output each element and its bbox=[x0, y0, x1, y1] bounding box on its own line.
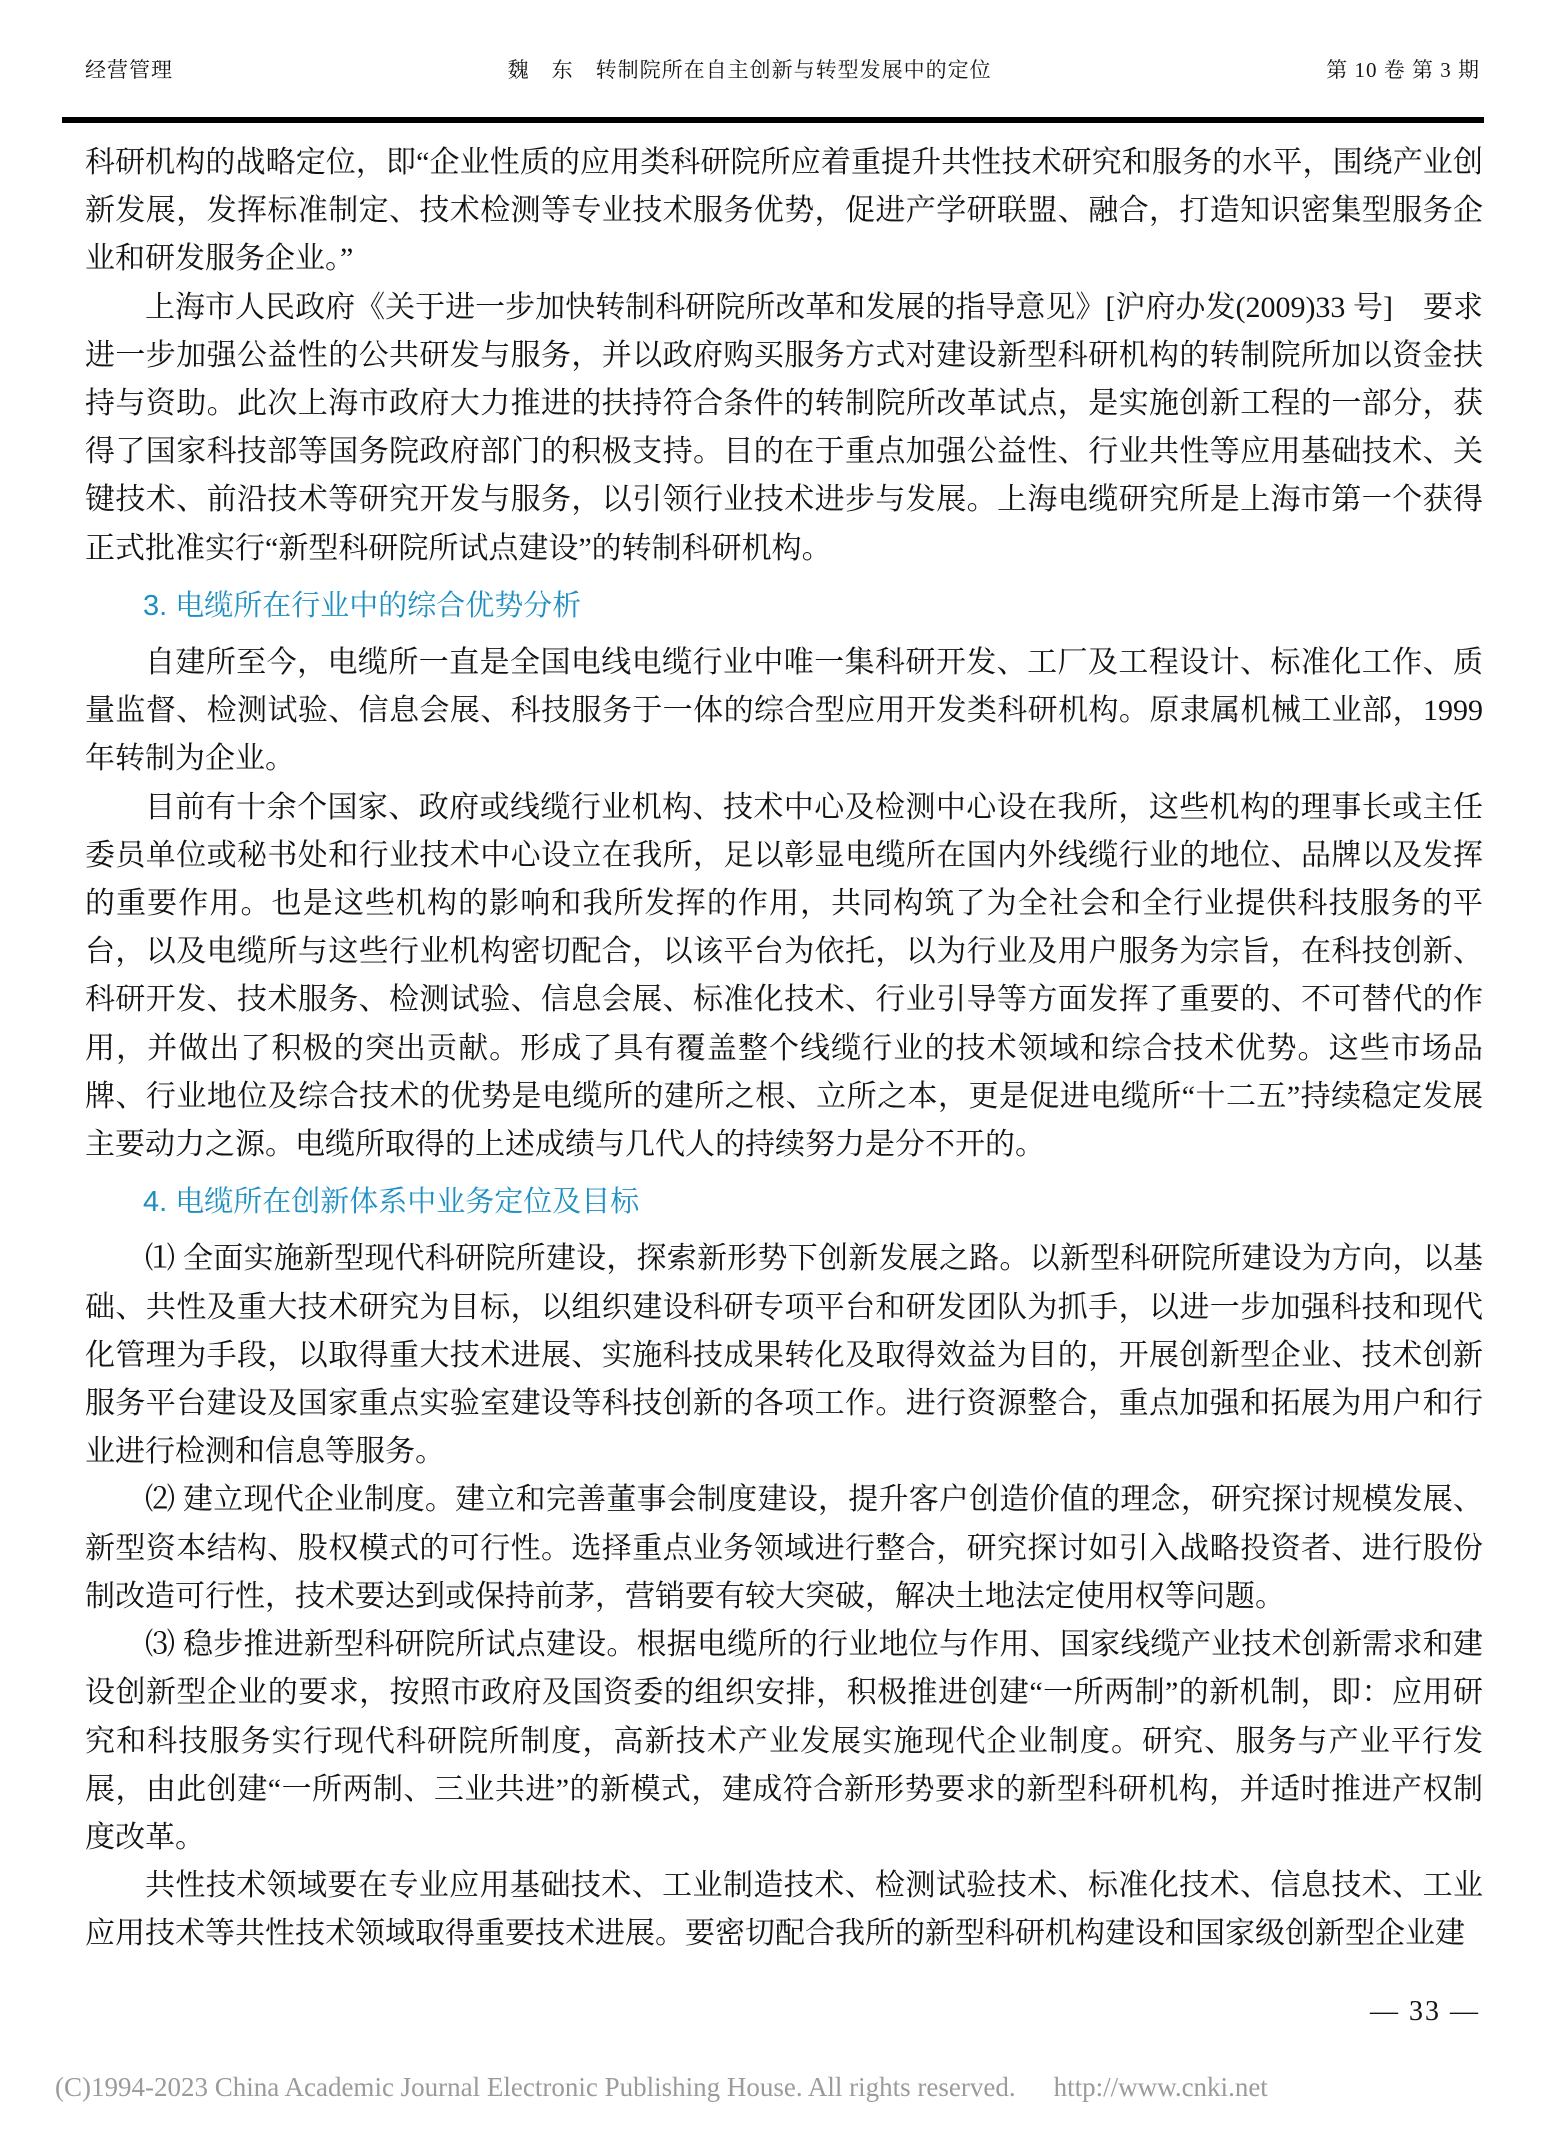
paragraph: ⑶ 稳步推进新型科研院所试点建设。根据电缆所的行业地位与作用、国家线缆产业技术创… bbox=[85, 1621, 1483, 1862]
paragraph: 共性技术领域要在专业应用基础技术、工业制造技术、检测试验技术、标准化技术、信息技… bbox=[85, 1862, 1483, 1958]
section-heading-4: 4. 电缆所在创新体系中业务定位及目标 bbox=[85, 1178, 1483, 1226]
paragraph: 自建所至今，电缆所一直是全国电线电缆行业中唯一集科研开发、工厂及工程设计、标准化… bbox=[85, 639, 1483, 784]
section-heading-3: 3. 电缆所在行业中的综合优势分析 bbox=[85, 582, 1483, 630]
footer-copyright: (C)1994-2023 China Academic Journal Elec… bbox=[55, 2072, 1016, 2102]
header-issue-info: 第 10 卷 第 3 期 bbox=[1326, 54, 1480, 84]
header-divider-rule bbox=[62, 117, 1484, 123]
article-body: 科研机构的战略定位，即“企业性质的应用类科研院所应着重提升共性技术研究和服务的水… bbox=[85, 139, 1483, 1959]
paragraph: 目前有十余个国家、政府或线缆行业机构、技术中心及检测中心设在我所，这些机构的理事… bbox=[85, 784, 1483, 1170]
header-running-title: 魏 东 转制院所在自主创新与转型发展中的定位 bbox=[173, 54, 1326, 84]
header-section-label: 经营管理 bbox=[85, 54, 173, 84]
page-header: 经营管理 魏 东 转制院所在自主创新与转型发展中的定位 第 10 卷 第 3 期 bbox=[85, 54, 1480, 84]
page-footer: (C)1994-2023 China Academic Journal Elec… bbox=[55, 2072, 1487, 2103]
journal-page: 经营管理 魏 东 转制院所在自主创新与转型发展中的定位 第 10 卷 第 3 期… bbox=[0, 0, 1542, 2153]
paragraph: 科研机构的战略定位，即“企业性质的应用类科研院所应着重提升共性技术研究和服务的水… bbox=[85, 139, 1483, 284]
paragraph: ⑴ 全面实施新型现代科研院所建设，探索新形势下创新发展之路。以新型科研院所建设为… bbox=[85, 1235, 1483, 1476]
footer-url: http://www.cnki.net bbox=[1054, 2072, 1268, 2102]
paragraph: 上海市人民政府《关于进一步加快转制科研院所改革和发展的指导意见》[沪府办发(20… bbox=[85, 284, 1483, 573]
paragraph: ⑵ 建立现代企业制度。建立和完善董事会制度建设，提升客户创造价值的理念，研究探讨… bbox=[85, 1476, 1483, 1621]
page-number: — 33 — bbox=[1370, 1996, 1480, 2028]
